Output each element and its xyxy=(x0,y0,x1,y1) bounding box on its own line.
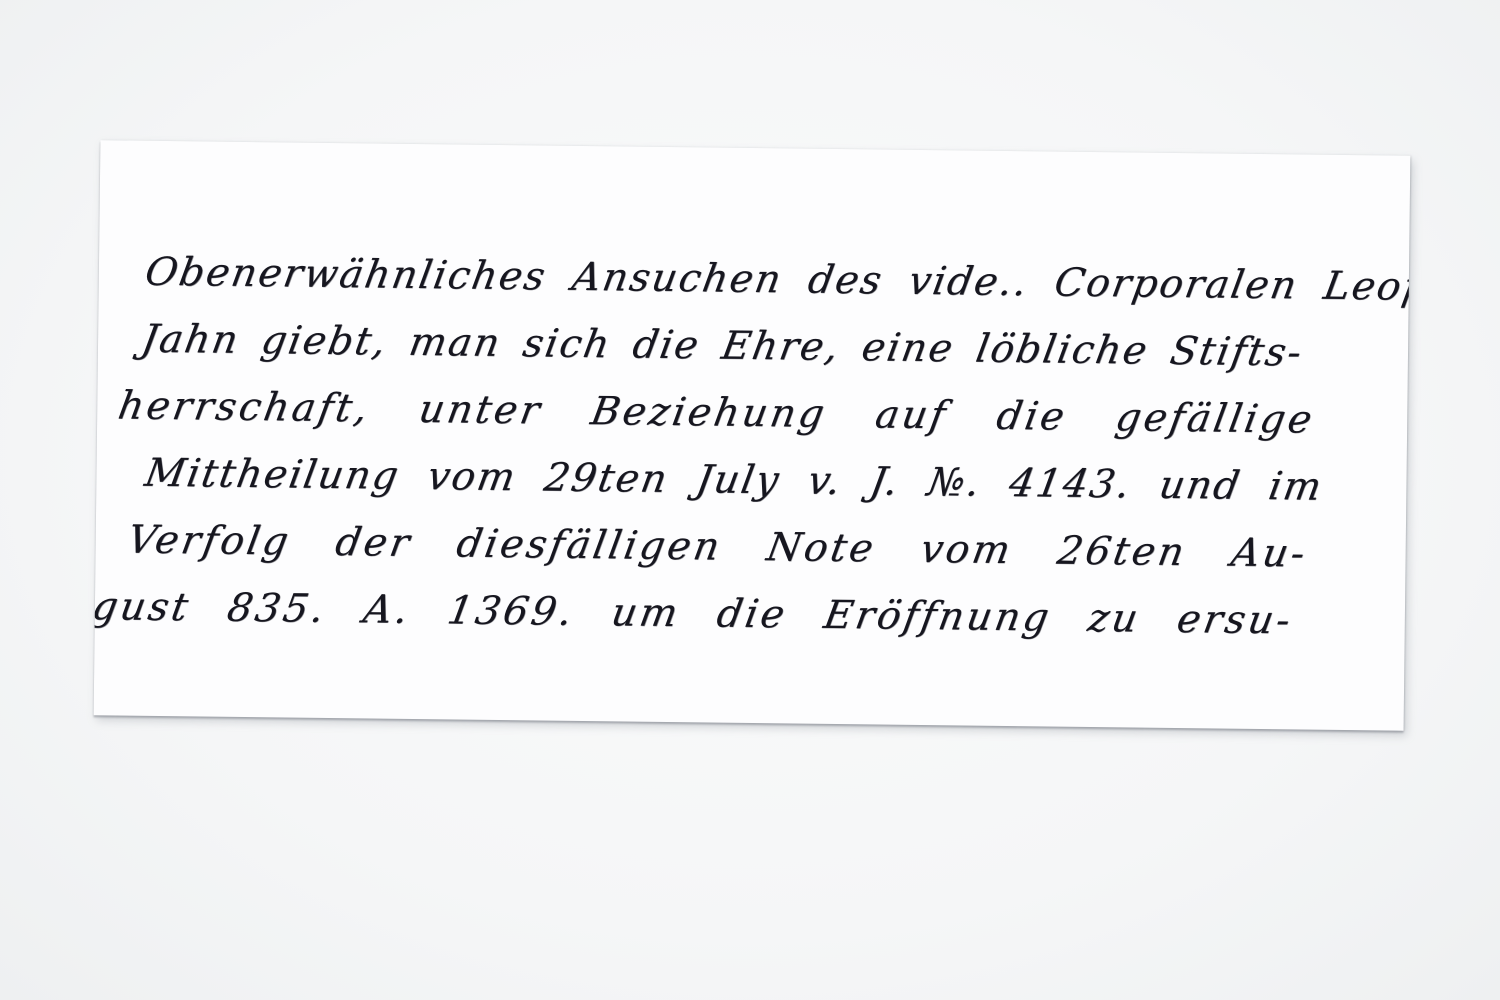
manuscript-text: Obenerwähnliches Ansuchen des vide.. Cor… xyxy=(94,239,1380,655)
manuscript-line-6: gust 835. A. 1369. um die Eröffnung zu e… xyxy=(94,573,1323,654)
manuscript-paper: Obenerwähnliches Ansuchen des vide.. Cor… xyxy=(94,140,1411,731)
photo-background: Obenerwähnliches Ansuchen des vide.. Cor… xyxy=(0,0,1500,1000)
